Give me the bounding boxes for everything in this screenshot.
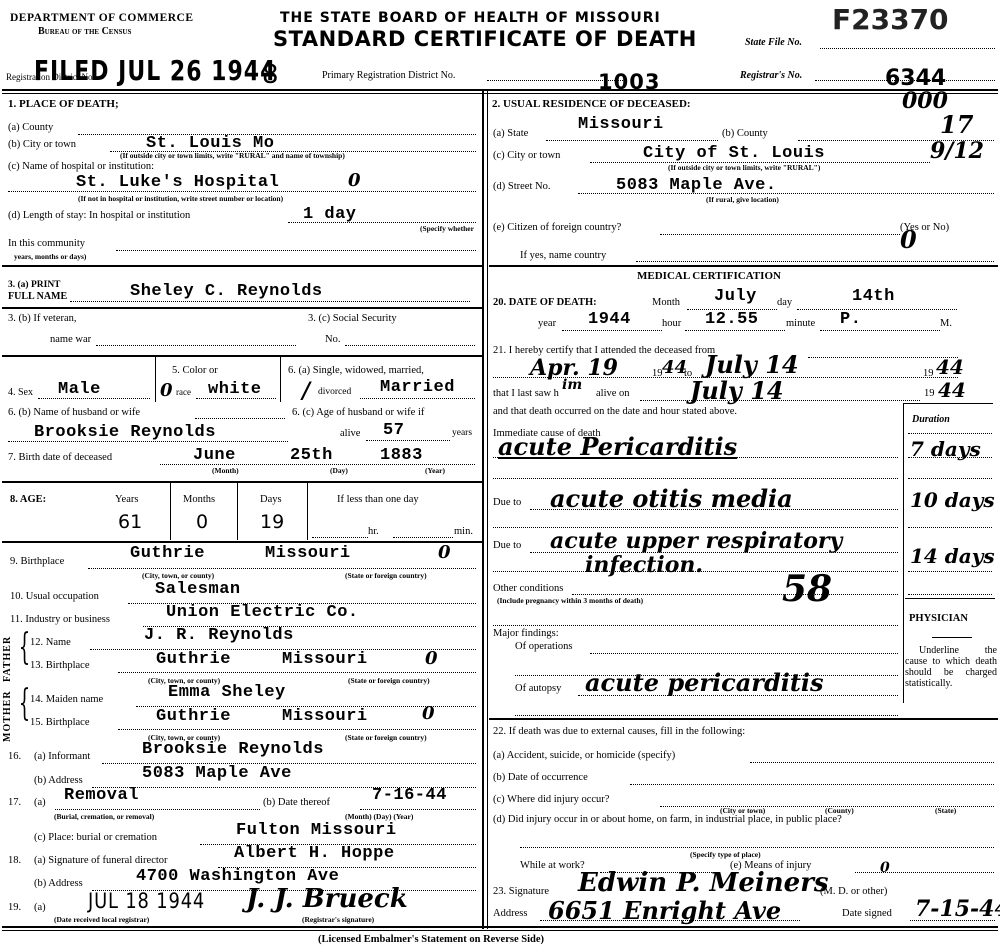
means-of-injury-mark: 0 [880,860,890,876]
informant-address-label: (b) Address [34,775,83,786]
father-state-note: (State or foreign country) [348,676,430,685]
autopsy-value: acute pericarditis [585,668,824,697]
divorced-label: divorced [318,387,351,397]
death-month-label: Month [652,297,680,308]
other-conditions-note: (Include pregnancy within 3 months of de… [497,596,643,605]
burial-place-value: Fulton Missouri [236,821,397,840]
mother-birthplace-label: 15. Birthplace [30,717,89,728]
director-address-label: (b) Address [34,878,83,889]
disposition-date-value: 7-16-44 [372,786,447,805]
physician-address-value: 6651 Enright Ave [548,896,781,925]
mother-state-note: (State or foreign country) [345,733,427,742]
full-name-value: Sheley C. Reynolds [130,282,323,301]
other-conditions-mark: 58 [782,568,832,610]
injury-state-note: (State) [935,806,956,815]
foreign-country-label: If yes, name country [520,250,606,261]
injury-place-label: (d) Did injury occur in or about home, o… [493,814,842,825]
due-to-2-cause-continued: infection. [585,552,703,578]
death-hour-label: hour [662,318,681,329]
death-county-label: (a) County [8,122,53,133]
last-saw-label: that I last saw h [493,388,559,399]
birth-year-value: 1883 [380,446,423,465]
registration-district-number: 8 [262,60,279,90]
autopsy-label: Of autopsy [515,683,561,694]
item-17-number: 17. [8,797,21,808]
residence-city-note: (If outside city or town limits, write "… [668,163,820,172]
death-city-note: (If outside city or town limits, write "… [120,151,345,160]
hospital-label: (c) Name of hospital or institution: [8,161,154,172]
death-city-label: (b) City or town [8,139,76,150]
received-date-stamp: JUL 18 1944 [88,889,205,913]
informant-address-value: 5083 Maple Ave [142,764,292,783]
spouse-name-label: 6. (b) Name of husband or wife [8,407,140,418]
last-saw-year: 44 [938,378,966,402]
disposition-date-label: (b) Date thereof [263,797,330,808]
due-to-2-duration: 14 days [910,544,995,568]
full-name-label-a: 3. (a) PRINT [8,280,61,290]
specify-whether-note: (Specify whether [420,224,474,233]
father-birthplace-city: Guthrie [156,650,231,669]
due-to-1-duration: 10 days [910,488,995,512]
from-year-prefix: 19 [652,368,663,379]
hospital-note: (If not in hospital or institution, writ… [78,194,283,203]
other-conditions-label: Other conditions [493,583,563,594]
birthplace-state-value: Missouri [265,544,351,563]
mother-brace: { [19,686,30,722]
age-days-header: Days [260,494,282,505]
sex-label: 4. Sex [8,387,33,398]
birthplace-check-mark: 0 [438,542,451,563]
last-year-prefix: 19 [924,388,935,399]
length-of-stay-value: 1 day [303,205,357,224]
father-birthplace-label: 13. Birthplace [30,660,89,671]
residence-state-label: (a) State [493,128,528,139]
signature-label: 23. Signature [493,886,549,897]
race-value: white [208,380,262,399]
external-causes-heading: 22. If death was due to external causes,… [493,726,745,737]
age-label: 8. AGE: [10,494,46,505]
full-name-label-b: FULL NAME [8,291,67,302]
death-day-value: 14th [852,287,895,306]
item-16-number: 16. [8,751,21,762]
last-saw-date: July 14 [690,376,784,405]
last-saw-pronoun: im [562,377,582,393]
received-label: (a) [34,902,46,913]
place-of-death-heading: 1. PLACE OF DEATH; [8,98,119,110]
father-birthplace-state: Missouri [282,650,368,669]
disposition-value: Removal [64,786,139,805]
major-findings-label: Major findings: [493,628,559,639]
death-date-number: 20. DATE OF DEATH: [493,297,597,308]
operations-label: Of operations [515,641,572,652]
attended-to-value: July 14 [705,350,799,379]
age-days-value: 19 [260,511,284,533]
registrar-signature: J. J. Brueck [246,884,408,914]
death-m-label: M. [940,318,952,329]
certificate-title: STANDARD CERTIFICATE OF DEATH [273,27,697,51]
sex-value: Male [58,380,101,399]
spouse-name-value: Brooksie Reynolds [34,423,216,442]
marital-check-mark: / [302,378,310,404]
alive-on-label: alive on [596,388,630,399]
industry-value: Union Electric Co. [166,603,359,622]
spouse-age-value: 57 [383,421,404,440]
death-hour-value: 12.55 [705,310,759,329]
due-to-1-cause: acute otitis media [550,484,793,513]
ssn-no-label: No. [325,334,340,345]
disposition-label: (a) [34,797,46,808]
state-board-label: THE STATE BOARD OF HEALTH OF MISSOURI [280,10,661,26]
duration-header: Duration [912,414,950,425]
race-label: race [176,387,191,397]
hospital-check-mark: 0 [348,170,361,191]
residence-county-code: 17 [940,110,973,139]
minutes-label: min. [454,526,473,537]
residence-city-value: City of St. Louis [643,144,825,163]
in-community-label: In this community [8,238,85,249]
mother-birthplace-check-mark: 0 [422,703,435,724]
community-note: years, months or days) [14,252,86,261]
father-birthplace-check-mark: 0 [425,648,438,669]
state-file-label: State File No. [745,37,802,48]
street-label: (d) Street No. [493,181,550,192]
less-than-day-header: If less than one day [337,494,419,505]
item-19-number: 19. [8,902,21,913]
physician-heading: PHYSICIAN [909,613,968,624]
attended-to-year: 44 [936,355,964,379]
death-date-label: 20. DATE OF DEATH: [493,297,597,308]
reverse-side-note: (Licensed Embalmer's Statement on Revers… [318,934,544,945]
birthplace-city-note: (City, town, or county) [142,571,214,580]
while-at-work-label: While at work? [520,860,585,871]
age-years-header: Years [115,494,138,505]
medical-certification-heading: MEDICAL CERTIFICATION [637,270,781,282]
death-year-value: 1944 [588,310,631,329]
veteran-label: 3. (b) If veteran, [8,313,77,324]
citizen-mark: 0 [900,225,917,254]
day-note: (Day) [330,466,348,475]
date-signed-label: Date signed [842,908,892,919]
item-18-number: 18. [8,855,21,866]
birth-date-label: 7. Birth date of deceased [8,452,112,463]
occurrence-date-label: (b) Date of occurrence [493,772,588,783]
registrar-number-label: Registrar's No. [740,70,802,81]
mother-side-label: MOTHER [2,686,13,742]
mother-birthplace-state: Missouri [282,707,368,726]
burial-place-label: (c) Place: burial or cremation [34,832,157,843]
month-note: (Month) [212,466,239,475]
marital-value: Married [380,378,455,397]
residence-county-label: (b) County [722,128,768,139]
age-months-value: 0 [196,511,208,533]
bureau-label: Bureau of the Census [38,26,131,37]
occupation-label: 10. Usual occupation [10,591,99,602]
registrar-signature-note: (Registrar's signature) [302,915,374,924]
death-month-value: July [714,287,757,306]
death-day-label: day [777,297,792,308]
mother-name-value: Emma Sheley [168,683,286,702]
due-to-2-cause: acute upper respiratory [550,528,842,554]
year-note: (Year) [425,466,445,475]
physician-signature: Edwin P. Meiners [578,868,829,898]
marital-status-label: 6. (a) Single, widowed, married, [288,365,424,376]
injury-place-note: (Specify type of place) [690,850,761,859]
immediate-cause-duration: 7 days [910,437,981,461]
father-side-label: FATHER [2,632,13,682]
residence-city-label: (c) City or town [493,150,560,161]
informant-value: Brooksie Reynolds [142,740,324,759]
social-security-label: 3. (c) Social Security [308,313,397,324]
years-label: years [452,428,472,438]
disposition-note: (Burial, cremation, or removal) [54,812,154,821]
father-name-value: J. R. Reynolds [144,626,294,645]
md-label: (M. D. or other) [820,886,887,897]
received-date-note: (Date received local registrar) [54,915,149,924]
occupation-value: Salesman [155,580,241,599]
residence-state-value: Missouri [578,115,664,134]
residence-city-code: 9/12 [930,138,984,164]
industry-label: 11. Industry or business [10,614,110,625]
funeral-director-value: Albert H. Hoppe [234,844,395,863]
birth-day-value: 25th [290,446,333,465]
mother-name-label: 14. Maiden name [30,694,103,705]
registration-district-label: Registration District No. [6,72,95,82]
father-brace: { [19,630,30,666]
mother-birthplace-city: Guthrie [156,707,231,726]
length-of-stay-label: (d) Length of stay: In hospital or insti… [8,210,190,221]
state-file-number: F23370 [832,3,949,36]
date-signed-value: 7-15-44 [915,896,1000,922]
birthplace-city-value: Guthrie [130,544,205,563]
injury-location-label: (c) Where did injury occur? [493,794,609,805]
father-name-label: 12. Name [30,637,71,648]
race-check-mark: 0 [160,380,173,401]
funeral-director-label: (a) Signature of funeral director [34,855,168,866]
hospital-value: St. Luke's Hospital [76,173,279,192]
informant-label: (a) Informant [34,751,90,762]
death-minute-label: minute [786,318,815,329]
war-label: name war [50,334,91,345]
alive-label: alive [340,428,360,439]
death-occurred-label: and that death occurred on the date and … [493,406,737,417]
residence-heading: 2. USUAL RESIDENCE OF DECEASED: [492,98,691,110]
age-years-value: 61 [118,511,142,533]
immediate-cause-value: acute Pericarditis [498,432,737,461]
color-label: 5. Color or [172,365,218,376]
street-note: (If rural, give location) [706,195,779,204]
street-value: 5083 Maple Ave. [616,176,777,195]
death-ampm-value: P. [840,310,861,329]
spouse-age-label: 6. (c) Age of husband or wife if [292,407,424,418]
accident-label: (a) Accident, suicide, or homicide (spec… [493,750,675,761]
to-year-prefix: 19 [923,368,934,379]
birthplace-label: 9. Birthplace [10,556,64,567]
physician-address-label: Address [493,908,527,919]
physician-instruction: Underline the cause to which death shoul… [905,645,997,689]
primary-district-label: Primary Registration District No. [322,70,455,81]
citizen-label: (e) Citizen of foreign country? [493,222,621,233]
age-months-header: Months [183,494,215,505]
department-label: DEPARTMENT OF COMMERCE [10,12,194,24]
due-to-2-label: Due to [493,540,521,551]
due-to-1-label: Due to [493,497,521,508]
hours-label: hr. [368,526,379,537]
birthplace-state-note: (State or foreign country) [345,571,427,580]
death-year-label: year [538,318,556,329]
birth-month-value: June [193,446,236,465]
disposition-date-note: (Month) (Day) (Year) [345,812,413,821]
